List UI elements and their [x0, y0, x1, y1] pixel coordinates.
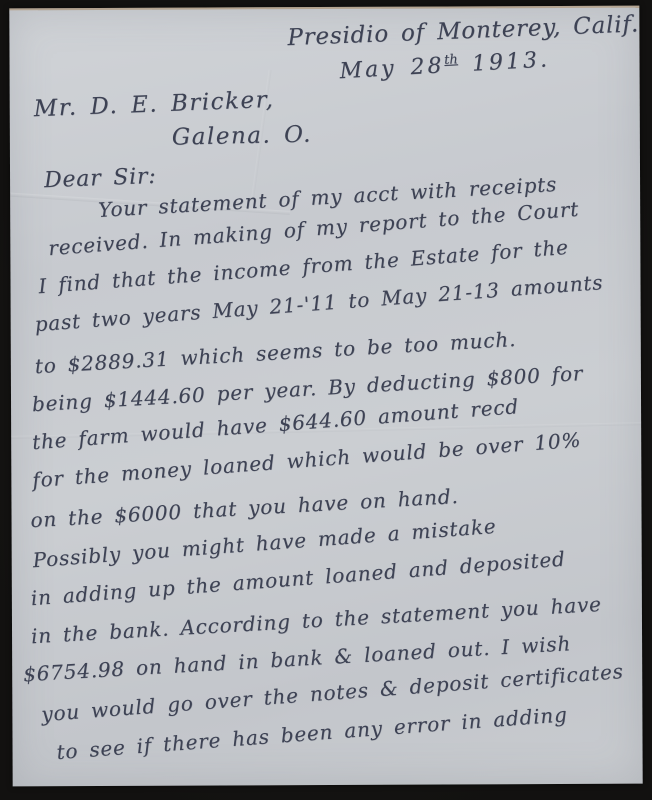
recipient-address: Galena. O.	[172, 122, 313, 151]
recipient-name: Mr. D. E. Bricker,	[33, 87, 275, 122]
letter-date-day: May 28	[339, 53, 445, 84]
letterhead-place: Presidio of Monterey, Calif.	[287, 11, 640, 51]
letter-date: May 28th 1913.	[339, 47, 551, 84]
letter-paper: Presidio of Monterey, Calif. May 28th 19…	[9, 6, 642, 787]
salutation: Dear Sir:	[44, 164, 157, 193]
photo-background: Presidio of Monterey, Calif. May 28th 19…	[0, 0, 652, 800]
letter-date-year: 1913.	[457, 47, 550, 77]
letter-date-ordinal: th	[444, 52, 458, 68]
